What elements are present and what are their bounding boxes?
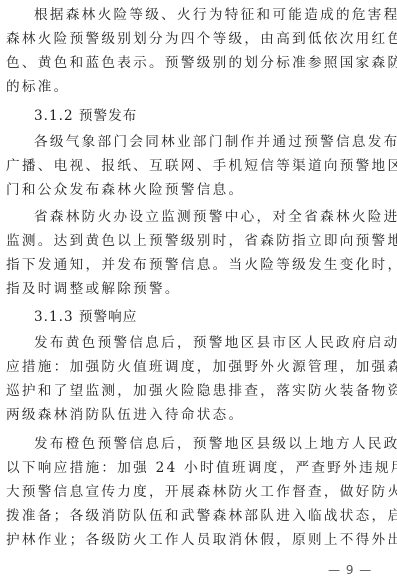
- paragraph-line: 大预警信息宣传力度，开展森林防火工作督查，做好防火物资调: [6, 484, 391, 500]
- paragraph-line: 的标准。: [6, 79, 391, 95]
- paragraph-line: 森林火险预警级别划分为四个等级，由高到低依次用红色、橙: [6, 31, 391, 47]
- paragraph-line: 护林作业；各级防火工作人员取消休假，原则上不得外出。: [6, 532, 391, 548]
- paragraph-line: 拨准备；各级消防队伍和武警森林部队进入临战状态，启动航空: [6, 508, 391, 524]
- section-heading-3-1-2: 3.1.2 预警发布: [34, 108, 397, 124]
- paragraph-line: 根据森林火险等级、火行为特征和可能造成的危害程度，将: [34, 7, 391, 23]
- paragraph-line: 广播、电视、报纸、互联网、手机短信等渠道向预警地区相关部: [6, 158, 391, 174]
- paragraph-line: 门和公众发布森林火险预警信息。: [6, 182, 391, 198]
- paragraph-line: 省森林防火办设立监测预警中心，对全省森林火险进行实时: [34, 209, 391, 225]
- paragraph-line: 两级森林消防队伍进入待命状态。: [6, 407, 391, 423]
- paragraph-line: 各级气象部门会同林业部门制作并通过预警信息发布中心和: [34, 134, 391, 150]
- paragraph-line: 监测。达到黄色以上预警级别时，省森防指立即向预警地区森防: [6, 233, 391, 249]
- paragraph-line: 色、黄色和蓝色表示。预警级别的划分标准参照国家森防指发布: [6, 55, 391, 71]
- page-number: — 9 —: [328, 563, 372, 577]
- paragraph-line: 以下响应措施：加强 24 小时值班调度，严查野外违规用火，加: [6, 460, 391, 476]
- paragraph-line: 巡护和了望监测，加强火险隐患排查，落实防火装备物资；县乡: [6, 383, 391, 399]
- paragraph-line: 应措施：加强防火值班调度，加强野外火源管理，加强森林防火: [6, 359, 391, 375]
- paragraph-line: 指下发通知，并发布预警信息。当火险等级发生变化时，省森防: [6, 257, 391, 273]
- paragraph-line: 指及时调整或解除预警。: [6, 281, 391, 297]
- section-heading-3-1-3: 3.1.3 预警响应: [34, 309, 397, 325]
- paragraph-line: 发布橙色预警信息后，预警地区县级以上地方人民政府启动: [34, 436, 391, 452]
- paragraph-line: 发布黄色预警信息后，预警地区县市区人民政府启动以下响: [34, 335, 391, 351]
